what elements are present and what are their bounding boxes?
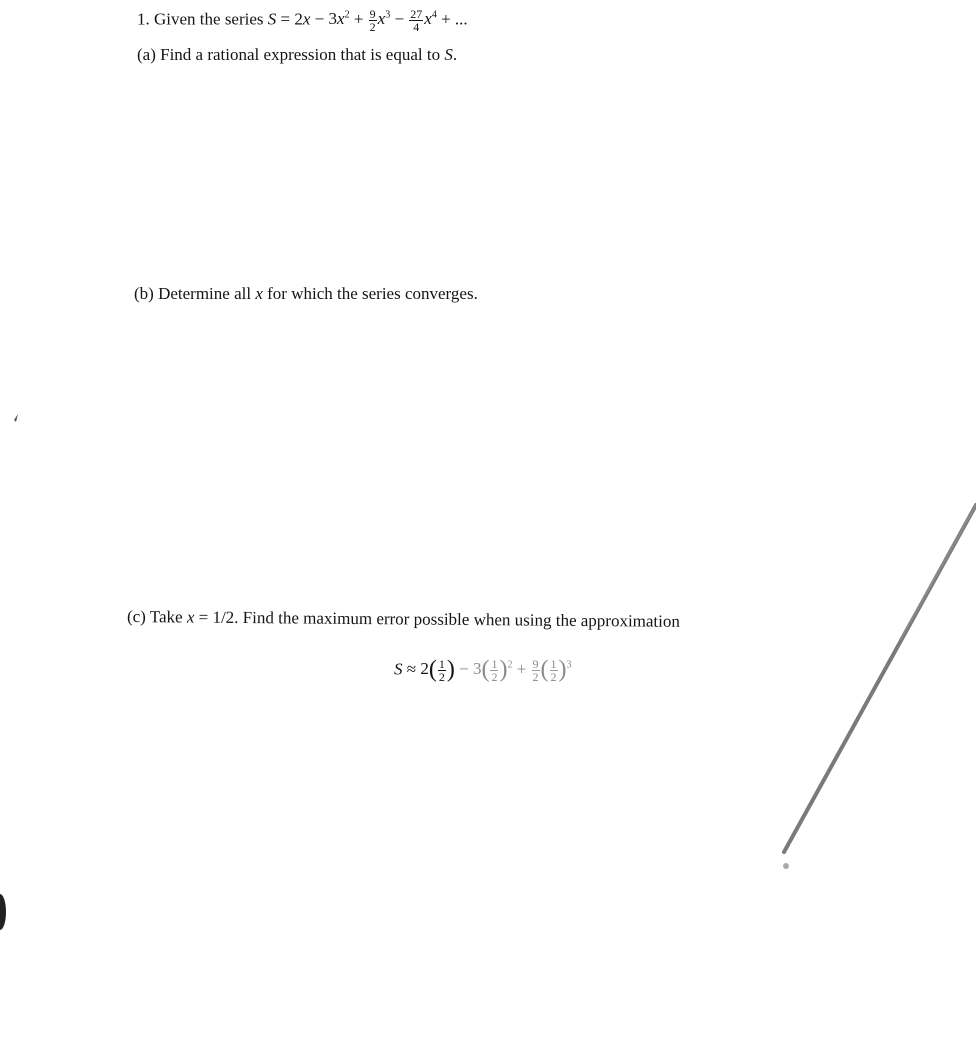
- pencil-stroke: [0, 0, 976, 1063]
